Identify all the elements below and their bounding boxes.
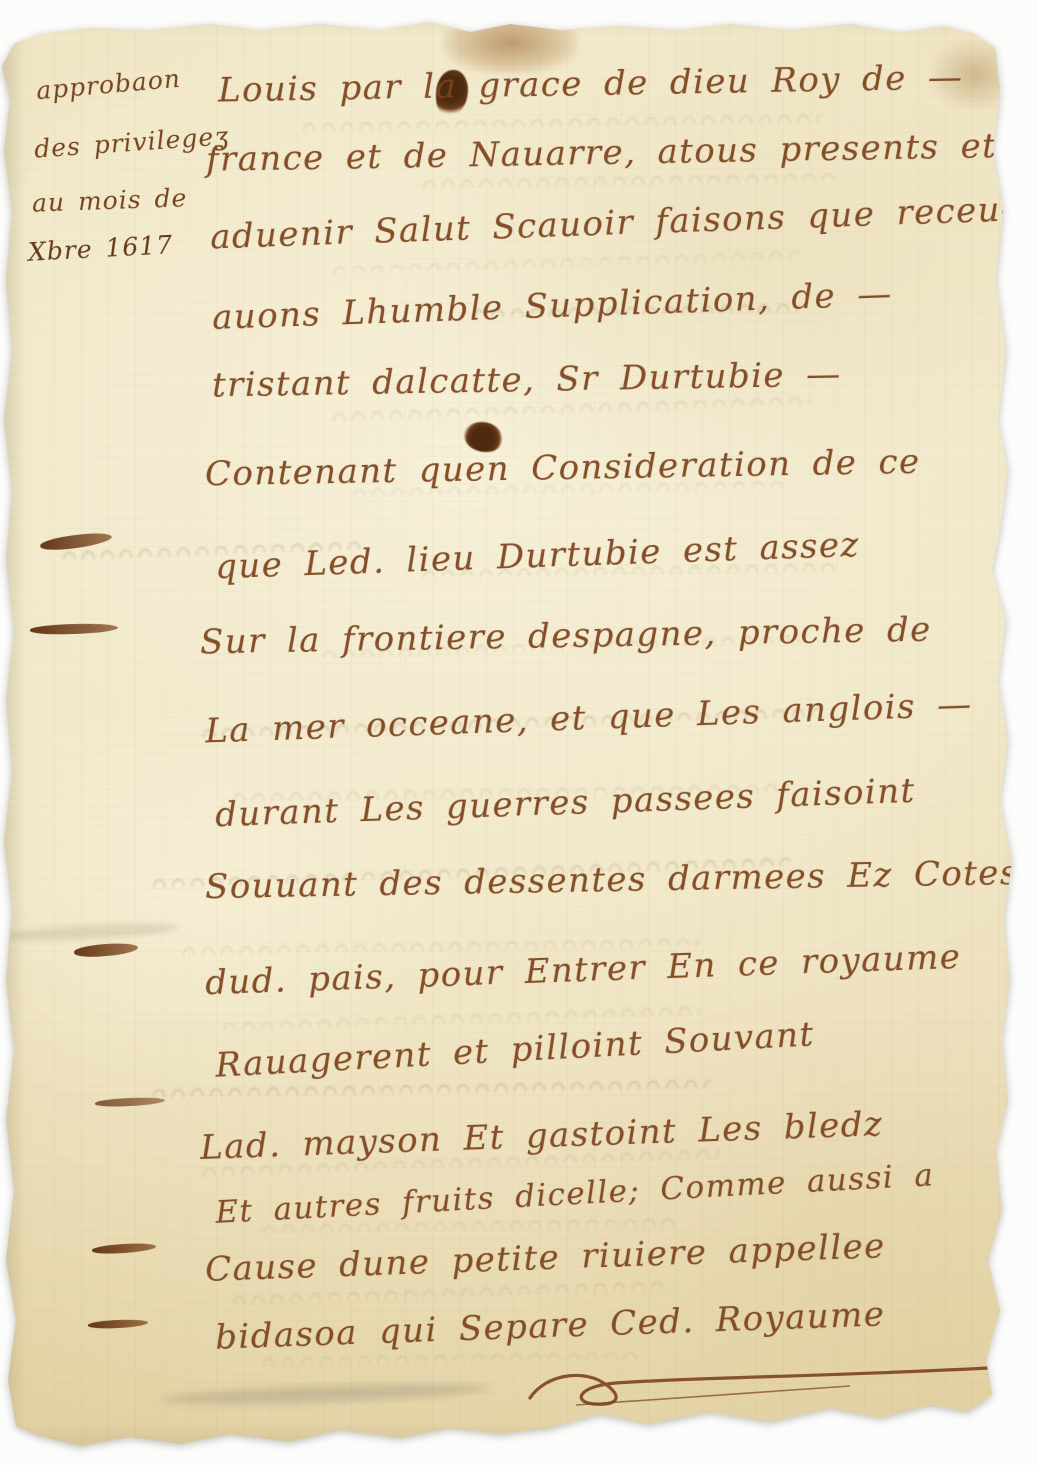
manuscript-line: que Led. lieu Durtubie est assez — [214, 525, 860, 587]
aged-paper: approbaon des privilegeʒ au mois de Xbre… — [0, 0, 1038, 1465]
smudge — [0, 920, 180, 943]
margin-note-line: Xbre 1617 — [27, 230, 173, 267]
paper-sheet: approbaon des privilegeʒ au mois de Xbre… — [0, 0, 1038, 1465]
manuscript-line: Souuant des dessentes darmees Ez Cotes — [205, 853, 1019, 907]
manuscript-line: Cause dune petite riuiere appellee — [205, 1226, 887, 1290]
manuscript-line: Et autres fruits dicelle; Comme aussi a — [215, 1157, 935, 1231]
manuscript-line: La mer occeane, et que Les anglois — — [205, 685, 974, 752]
manuscript-line: durant Les guerres passees faisoint — [215, 771, 917, 835]
smudge — [160, 1380, 490, 1408]
ink-dash-mark — [88, 1318, 148, 1329]
ink-dash-mark — [30, 622, 118, 635]
ink-dash-mark — [39, 530, 112, 553]
scanned-manuscript-page: { "colors": { "scanner_background": "#fc… — [0, 0, 1038, 1465]
manuscript-line: Louis par la grace de dieu Roy de — — [218, 57, 964, 110]
paraph-flourish — [520, 1358, 1000, 1412]
margin-note-line: au mois de — [32, 183, 188, 217]
manuscript-line: dud. pais, pour Entrer En ce royaume — [205, 937, 962, 1003]
manuscript-line: auons Lhumble Supplication, de — — [212, 274, 894, 338]
ink-blot — [464, 422, 502, 452]
manuscript-line: bidasoa qui Separe Ced. Royaume — [215, 1294, 886, 1357]
ink-dash-mark — [95, 1096, 165, 1108]
manuscript-line: aduenir Salut Scauoir faisons que receu— — [210, 189, 1037, 258]
manuscript-line: france et de Nauarre, atous presents et — [206, 126, 998, 180]
ink-dash-mark — [92, 1242, 156, 1255]
manuscript-line: Sur la frontiere despagne, proche de — [200, 610, 932, 663]
bleedthrough-text — [300, 107, 820, 131]
manuscript-line: tristant dalcatte, Sr Durtubie — — [212, 355, 842, 406]
manuscript-line: Lad. mayson Et gastoint Les bledz — [200, 1104, 884, 1168]
manuscript-line: Rauagerent et pilloint Souvant — [214, 1014, 815, 1085]
margin-note-line: approbaon — [35, 64, 182, 106]
margin-note-line: des privilegeʒ — [33, 121, 230, 164]
manuscript-line: Contenant quen Consideration de ce — [205, 442, 921, 494]
ink-dash-mark — [74, 941, 139, 959]
